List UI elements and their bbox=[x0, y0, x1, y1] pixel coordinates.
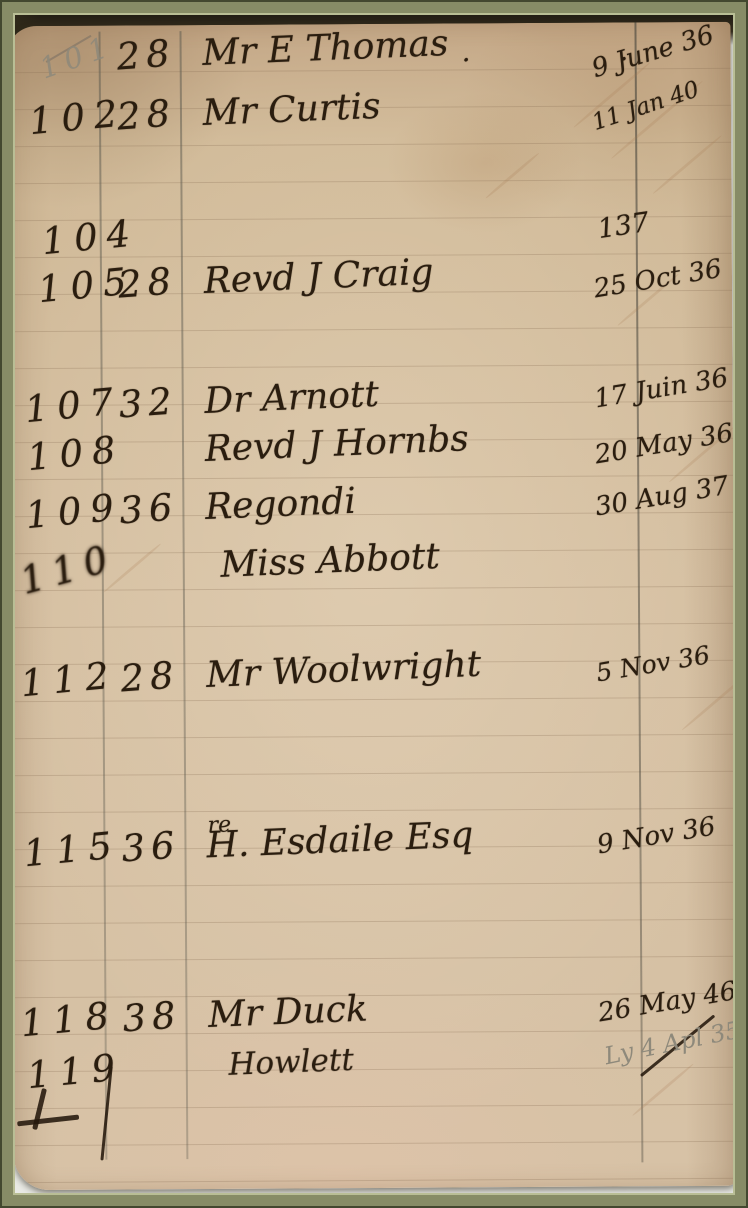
ledger-row: 112 28 Mr Woolwright 5 Nov 36 bbox=[10, 652, 734, 714]
entry-name-text: Mr Curtis bbox=[202, 86, 381, 134]
entry-number: 104 bbox=[40, 211, 141, 263]
entry-size: 38 bbox=[121, 993, 183, 1040]
entry-number: 108 bbox=[25, 427, 126, 479]
entry-note: 137 bbox=[596, 207, 652, 245]
entry-size: 28 bbox=[115, 91, 177, 138]
entry-date: 25 Oct 36 bbox=[592, 254, 724, 305]
entry-name-text: Regondi bbox=[204, 481, 356, 528]
ledger-row: 105 28 Revd J Craig 25 Oct 36 bbox=[8, 258, 732, 320]
entry-number: 112 bbox=[19, 653, 120, 705]
entry-size: 36 bbox=[120, 823, 182, 870]
entry-size: 32 bbox=[117, 379, 179, 426]
entry-size: 28 bbox=[115, 31, 177, 78]
ledger-row: 101 28 Mr E Thomas · · 9 June 36 bbox=[7, 30, 731, 92]
entry-number: 102 bbox=[27, 91, 128, 143]
entry-name-text: Howlett bbox=[228, 1042, 355, 1083]
entry-name-text: Dr Arnott bbox=[204, 374, 380, 422]
entry-number: 110 bbox=[16, 536, 121, 603]
entry-size: 28 bbox=[119, 653, 181, 700]
ledger-row: 108 Revd J Hornbs 20 May 36 bbox=[9, 426, 733, 488]
entry-number: 107 bbox=[23, 379, 124, 431]
entry-number: 118 bbox=[19, 993, 120, 1045]
entry-size: 36 bbox=[118, 485, 180, 532]
entry-name-superscript: re bbox=[207, 812, 232, 838]
entry-number: 101 bbox=[35, 28, 118, 85]
entry-name-text: Revd J Craig bbox=[203, 252, 434, 302]
entry-size: 28 bbox=[116, 259, 178, 306]
entry-name-text: Miss Abbott bbox=[220, 536, 441, 586]
ledger-row: 110 Miss Abbott bbox=[10, 542, 734, 604]
entry-name-text: Mr E Thomas bbox=[201, 23, 449, 74]
entry-number: 109 bbox=[24, 485, 125, 537]
entry-number: 119 bbox=[25, 1045, 126, 1097]
ledger-row: 115 36 H. Esdaile Esqre 9 Nov 36 bbox=[11, 822, 735, 884]
entry-name: H. Esdaile Esqre bbox=[206, 824, 231, 866]
entry-number: 115 bbox=[22, 823, 123, 875]
entry-date: 20 May 36 bbox=[593, 418, 736, 470]
ledger-row: 102 28 Mr Curtis 11 Jan 40 bbox=[7, 90, 731, 152]
ledger-row: 109 36 Regondi 30 Aug 37 bbox=[9, 484, 733, 546]
scanned-ledger-page: 101 28 Mr E Thomas · · 9 June 36 102 28 … bbox=[0, 0, 748, 1208]
entry-name-text: Mr Duck bbox=[207, 988, 368, 1036]
ledger-row: 119 Howlett Ly 4 Apl 35 bbox=[13, 1044, 737, 1106]
ledger-paper: 101 28 Mr E Thomas · · 9 June 36 102 28 … bbox=[6, 22, 737, 1190]
